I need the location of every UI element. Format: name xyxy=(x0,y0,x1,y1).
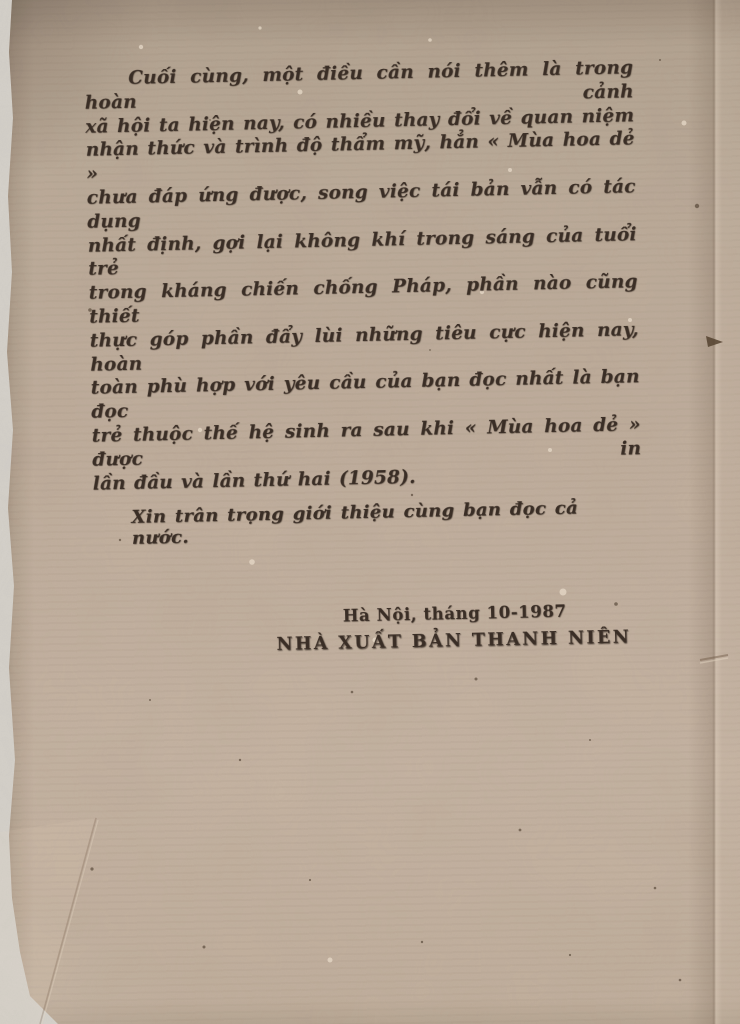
paragraph-main: Cuối cùng, một điều cần nói thêm là tron… xyxy=(84,56,642,496)
book-page-scan: Cuối cùng, một điều cần nói thêm là tron… xyxy=(0,0,740,1024)
closing-line: Xin trân trọng giới thiệu cùng bạn đọc c… xyxy=(93,496,643,549)
dateline: Hà Nội, tháng 10-1987 xyxy=(95,600,644,630)
printed-text-block: Cuối cùng, một điều cần nói thêm là tron… xyxy=(84,56,645,659)
